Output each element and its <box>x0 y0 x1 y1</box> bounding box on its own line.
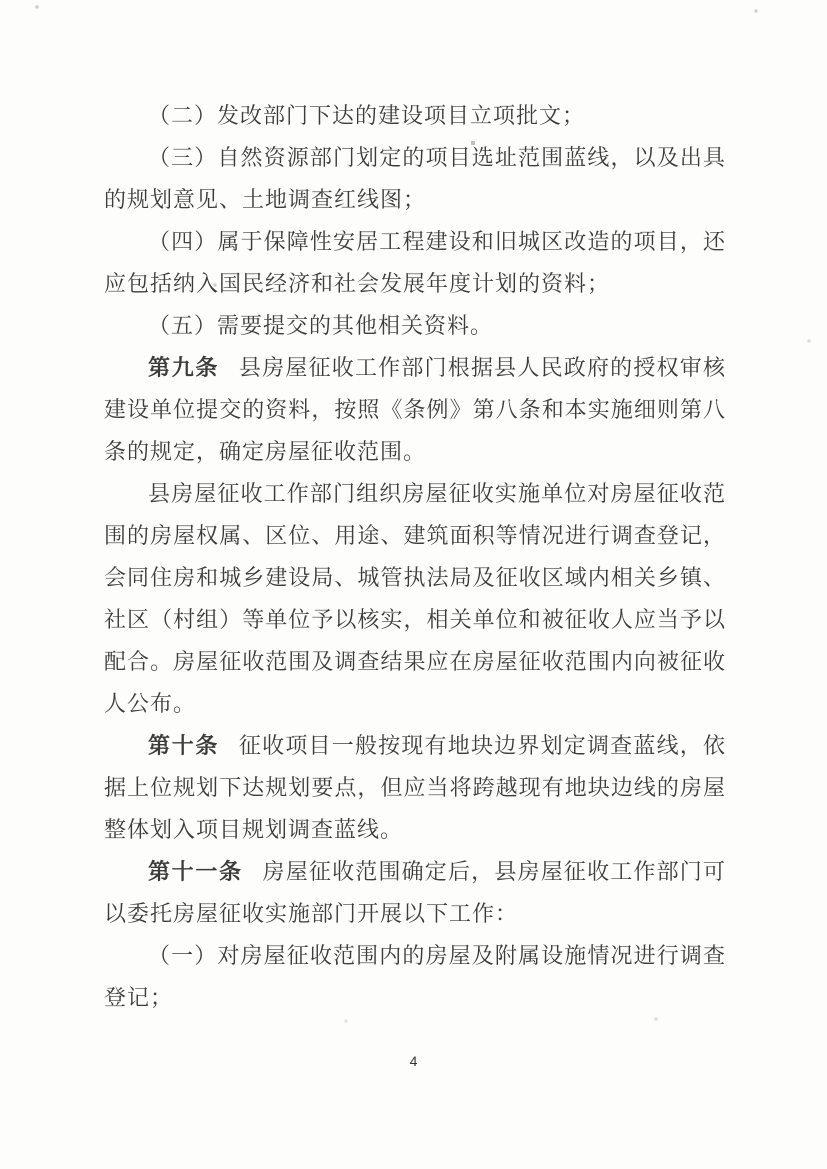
paragraph-text: （四）属于保障性安居工程建设和旧城区改造的项目，还应包括纳入国民经济和社会发展年… <box>104 229 726 296</box>
scan-noise-speckles <box>0 0 2 2</box>
article-10-paragraph: 第十条征收项目一般按现有地块边界划定调查蓝线，依据上位规划下达规划要点，但应当将… <box>104 725 726 851</box>
article-number: 第九条 <box>148 355 219 380</box>
article-number: 第十条 <box>148 733 219 758</box>
article-number: 第十一条 <box>148 859 243 884</box>
paragraph-text: （一）对房屋征收范围内的房屋及附属设施情况进行调查登记； <box>104 943 726 1010</box>
clause-item-4: （四）属于保障性安居工程建设和旧城区改造的项目，还应包括纳入国民经济和社会发展年… <box>104 221 726 305</box>
scanned-document-page: （二）发改部门下达的建设项目立项批文； （三）自然资源部门划定的项目选址范围蓝线… <box>0 0 827 1169</box>
article-9-paragraph: 第九条县房屋征收工作部门根据县人民政府的授权审核建设单位提交的资料，按照《条例》… <box>104 347 726 473</box>
page-number: 4 <box>0 1053 827 1069</box>
clause-item-1: （一）对房屋征收范围内的房屋及附属设施情况进行调查登记； <box>104 935 726 1019</box>
clause-item-2: （二）发改部门下达的建设项目立项批文； <box>104 95 726 137</box>
article-9-body-paragraph: 县房屋征收工作部门组织房屋征收实施单位对房屋征收范围的房屋权属、区位、用途、建筑… <box>104 473 726 725</box>
paragraph-text: （三）自然资源部门划定的项目选址范围蓝线，以及出具的规划意见、土地调查红线图； <box>104 145 726 212</box>
paragraph-text: （五）需要提交的其他相关资料。 <box>148 313 493 338</box>
clause-item-5: （五）需要提交的其他相关资料。 <box>104 305 726 347</box>
paragraph-text: （二）发改部门下达的建设项目立项批文； <box>148 103 585 128</box>
clause-item-3: （三）自然资源部门划定的项目选址范围蓝线，以及出具的规划意见、土地调查红线图； <box>104 137 726 221</box>
article-11-paragraph: 第十一条房屋征收范围确定后，县房屋征收工作部门可以委托房屋征收实施部门开展以下工… <box>104 851 726 935</box>
paragraph-text: 县房屋征收工作部门组织房屋征收实施单位对房屋征收范围的房屋权属、区位、用途、建筑… <box>104 481 726 716</box>
